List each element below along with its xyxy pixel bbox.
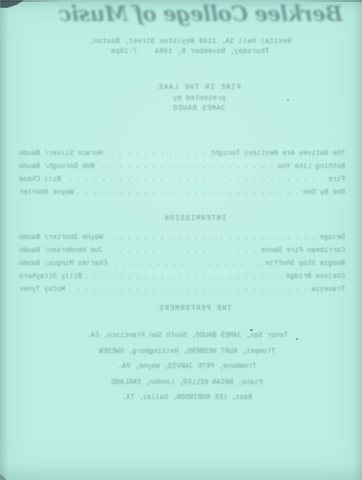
piece-composer: Billy Strayhorn <box>19 273 82 281</box>
piece-composer: Charles Mingus/ Baudo <box>19 260 107 268</box>
program-row: Fire . . . . . . . . . . . . . . . . . .… <box>19 176 345 189</box>
piece-composer: Joe Henderson/ Baudo <box>19 247 103 255</box>
program-set-two: Deluge . . . . . . . . . . . . . . . . .… <box>19 234 345 299</box>
piece-composer: Bill Chase <box>19 176 61 184</box>
dot-leader: . . . . . . . . . . . . . . . . . . . . … <box>99 163 274 171</box>
program-set-one: The Natives Are Restless Tonight . . . .… <box>19 150 345 202</box>
dot-leader: . . . . . . . . . . . . . . . . . . . . … <box>78 189 299 197</box>
berklee-logo: Berklee College of Music <box>40 1 362 26</box>
recital-title: FIRE IN THE LAKE <box>36 84 362 92</box>
program-row: Carribean Fire Dance . . . . . . . . . .… <box>19 247 345 260</box>
presented-by-label: presented by <box>36 95 362 103</box>
scanned-program-page: Berklee College of Music Recital Hall 1A… <box>0 0 362 480</box>
scan-edge-shadow <box>0 0 362 2</box>
performer-line: Bass, LEE ROBINSON, Dallas, TX. <box>12 394 362 410</box>
program-row: Nothing Like You . . . . . . . . . . . .… <box>19 163 345 176</box>
venue-line: Recital Hall 1A, 1140 Boylston Street, B… <box>18 38 362 46</box>
dot-leader: . . . . . . . . . . . . . . . . . . . . … <box>107 150 207 158</box>
program-row: One By One . . . . . . . . . . . . . . .… <box>19 189 345 202</box>
performer-line: Tenor Sax, JAMES BAUDO, South San Franci… <box>12 332 362 348</box>
program-row: Deluge . . . . . . . . . . . . . . . . .… <box>19 234 345 247</box>
dot-leader: . . . . . . . . . . . . . . . . . . . . … <box>86 273 282 281</box>
performer-line: Piano, BRIAN KELLER, London, ENGLAND <box>12 379 362 395</box>
dot-leader: . . . . . . . . . . . . . . . . . . . . … <box>69 286 307 294</box>
program-row: Chelsea Bridge . . . . . . . . . . . . .… <box>19 273 345 286</box>
performers-heading: THE PERFORMERS <box>28 305 362 313</box>
piece-title: Deluge <box>320 234 345 242</box>
dot-leader: . . . . . . . . . . . . . . . . . . . . … <box>65 176 324 184</box>
piece-composer: McCoy Tyner <box>19 286 65 294</box>
performer-line: Trumpet, KURT HEDBERG, Helsingborg, SWED… <box>12 348 362 364</box>
piece-title: Nothing Like You <box>278 163 345 171</box>
program-row: Travesia . . . . . . . . . . . . . . . .… <box>19 286 345 299</box>
intermission-heading: INTERMISSION <box>28 215 362 223</box>
ink-speck <box>287 99 289 101</box>
piece-composer: Wayne Shorter <box>19 189 74 197</box>
dot-leader: . . . . . . . . . . . . . . . . . . . . … <box>107 234 316 242</box>
piece-title: One By One <box>303 189 345 197</box>
performers-list: Tenor Sax, JAMES BAUDO, South San Franci… <box>12 332 362 410</box>
presenter-name: JAMES BAUDO <box>36 105 362 113</box>
performer-line: Trombone, PETE JARVIS, Wayne, PA. <box>12 363 362 379</box>
piece-title: The Natives Are Restless Tonight <box>211 150 345 158</box>
piece-composer: Bob Dorough/ Baudo <box>19 163 95 171</box>
piece-title: Chelsea Bridge <box>286 273 345 281</box>
piece-title: Carribean Fire Dance <box>261 247 345 255</box>
program-row: The Natives Are Restless Tonight . . . .… <box>19 150 345 163</box>
dot-leader: . . . . . . . . . . . . . . . . . . . . … <box>107 247 257 255</box>
mirror-layer: Berklee College of Music Recital Hall 1A… <box>0 0 362 480</box>
piece-composer: Horace Silver/ Baudo <box>19 150 103 158</box>
piece-title: Fire <box>328 176 345 184</box>
dot-leader: . . . . . . . . . . . . . . . . . . . . … <box>111 260 261 268</box>
program-row: Boogie Stop Shuffle . . . . . . . . . . … <box>19 260 345 273</box>
ink-speck <box>250 329 253 331</box>
ink-speck <box>296 338 298 340</box>
piece-composer: Wayne Shorter/ Baudo <box>19 234 103 242</box>
piece-title: Boogie Stop Shuffle <box>265 260 345 268</box>
date-line: Thursday, November 8, 1984 7:10pm <box>18 48 362 56</box>
piece-title: Travesia <box>311 286 345 294</box>
